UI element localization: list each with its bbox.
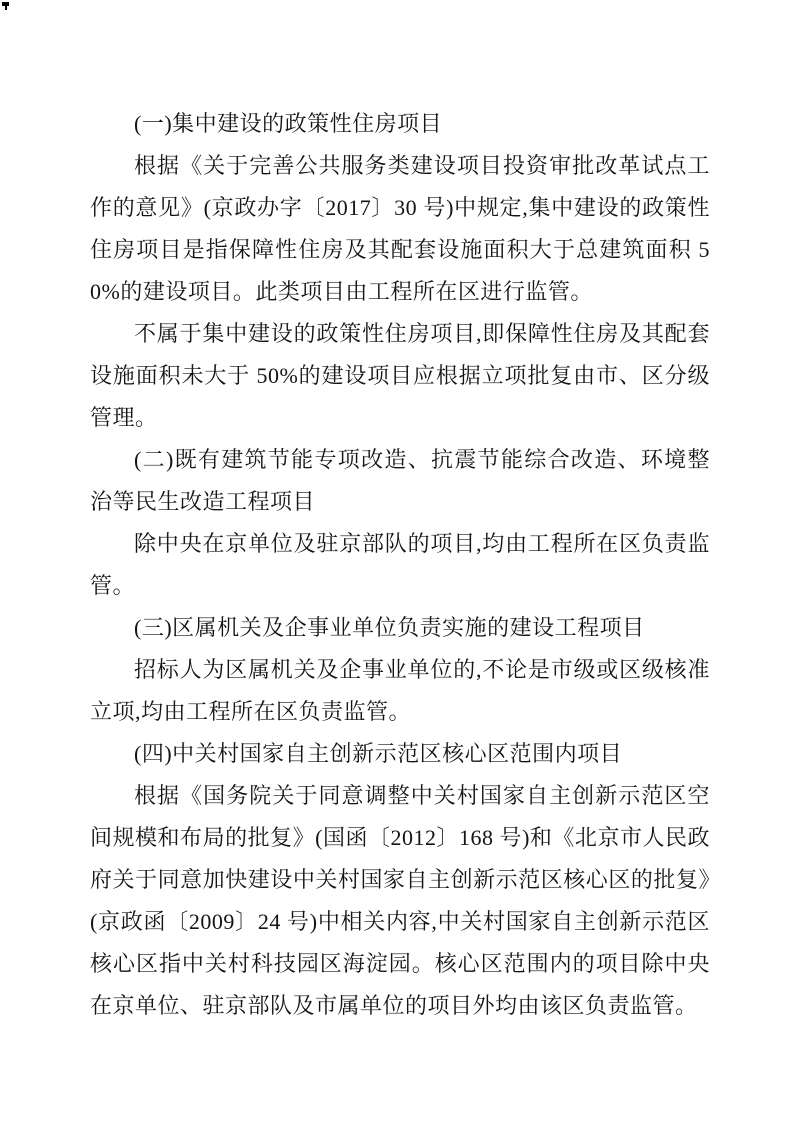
- document-page: (一)集中建设的政策性住房项目 根据《关于完善公共服务类建设项目投资审批改革试点…: [0, 0, 800, 1132]
- section-1-paragraph-1: 根据《关于完善公共服务类建设项目投资审批改革试点工作的意见》(京政办字〔2017…: [90, 145, 710, 313]
- section-3-paragraph-1: 招标人为区属机关及企事业单位的,不论是市级或区级核准立项,均由工程所在区负责监管…: [90, 649, 710, 733]
- section-heading-4: (四)中关村国家自主创新示范区核心区范围内项目: [90, 733, 710, 775]
- document-body: (一)集中建设的政策性住房项目 根据《关于完善公共服务类建设项目投资审批改革试点…: [90, 103, 710, 1027]
- section-2-paragraph-1: 除中央在京单位及驻京部队的项目,均由工程所在区负责监管。: [90, 523, 710, 607]
- section-4-paragraph-1: 根据《国务院关于同意调整中关村国家自主创新示范区空间规模和布局的批复》(国函〔2…: [90, 775, 710, 1027]
- section-1-paragraph-2: 不属于集中建设的政策性住房项目,即保障性住房及其配套设施面积未大于 50%的建设…: [90, 313, 710, 439]
- section-heading-1: (一)集中建设的政策性住房项目: [90, 103, 710, 145]
- section-heading-3: (三)区属机关及企事业单位负责实施的建设工程项目: [90, 607, 710, 649]
- scan-artifact-corner-mark-tail: [5, 6, 7, 10]
- scan-artifact-corner-mark: [2, 2, 9, 6]
- section-heading-2: (二)既有建筑节能专项改造、抗震节能综合改造、环境整治等民生改造工程项目: [90, 439, 710, 523]
